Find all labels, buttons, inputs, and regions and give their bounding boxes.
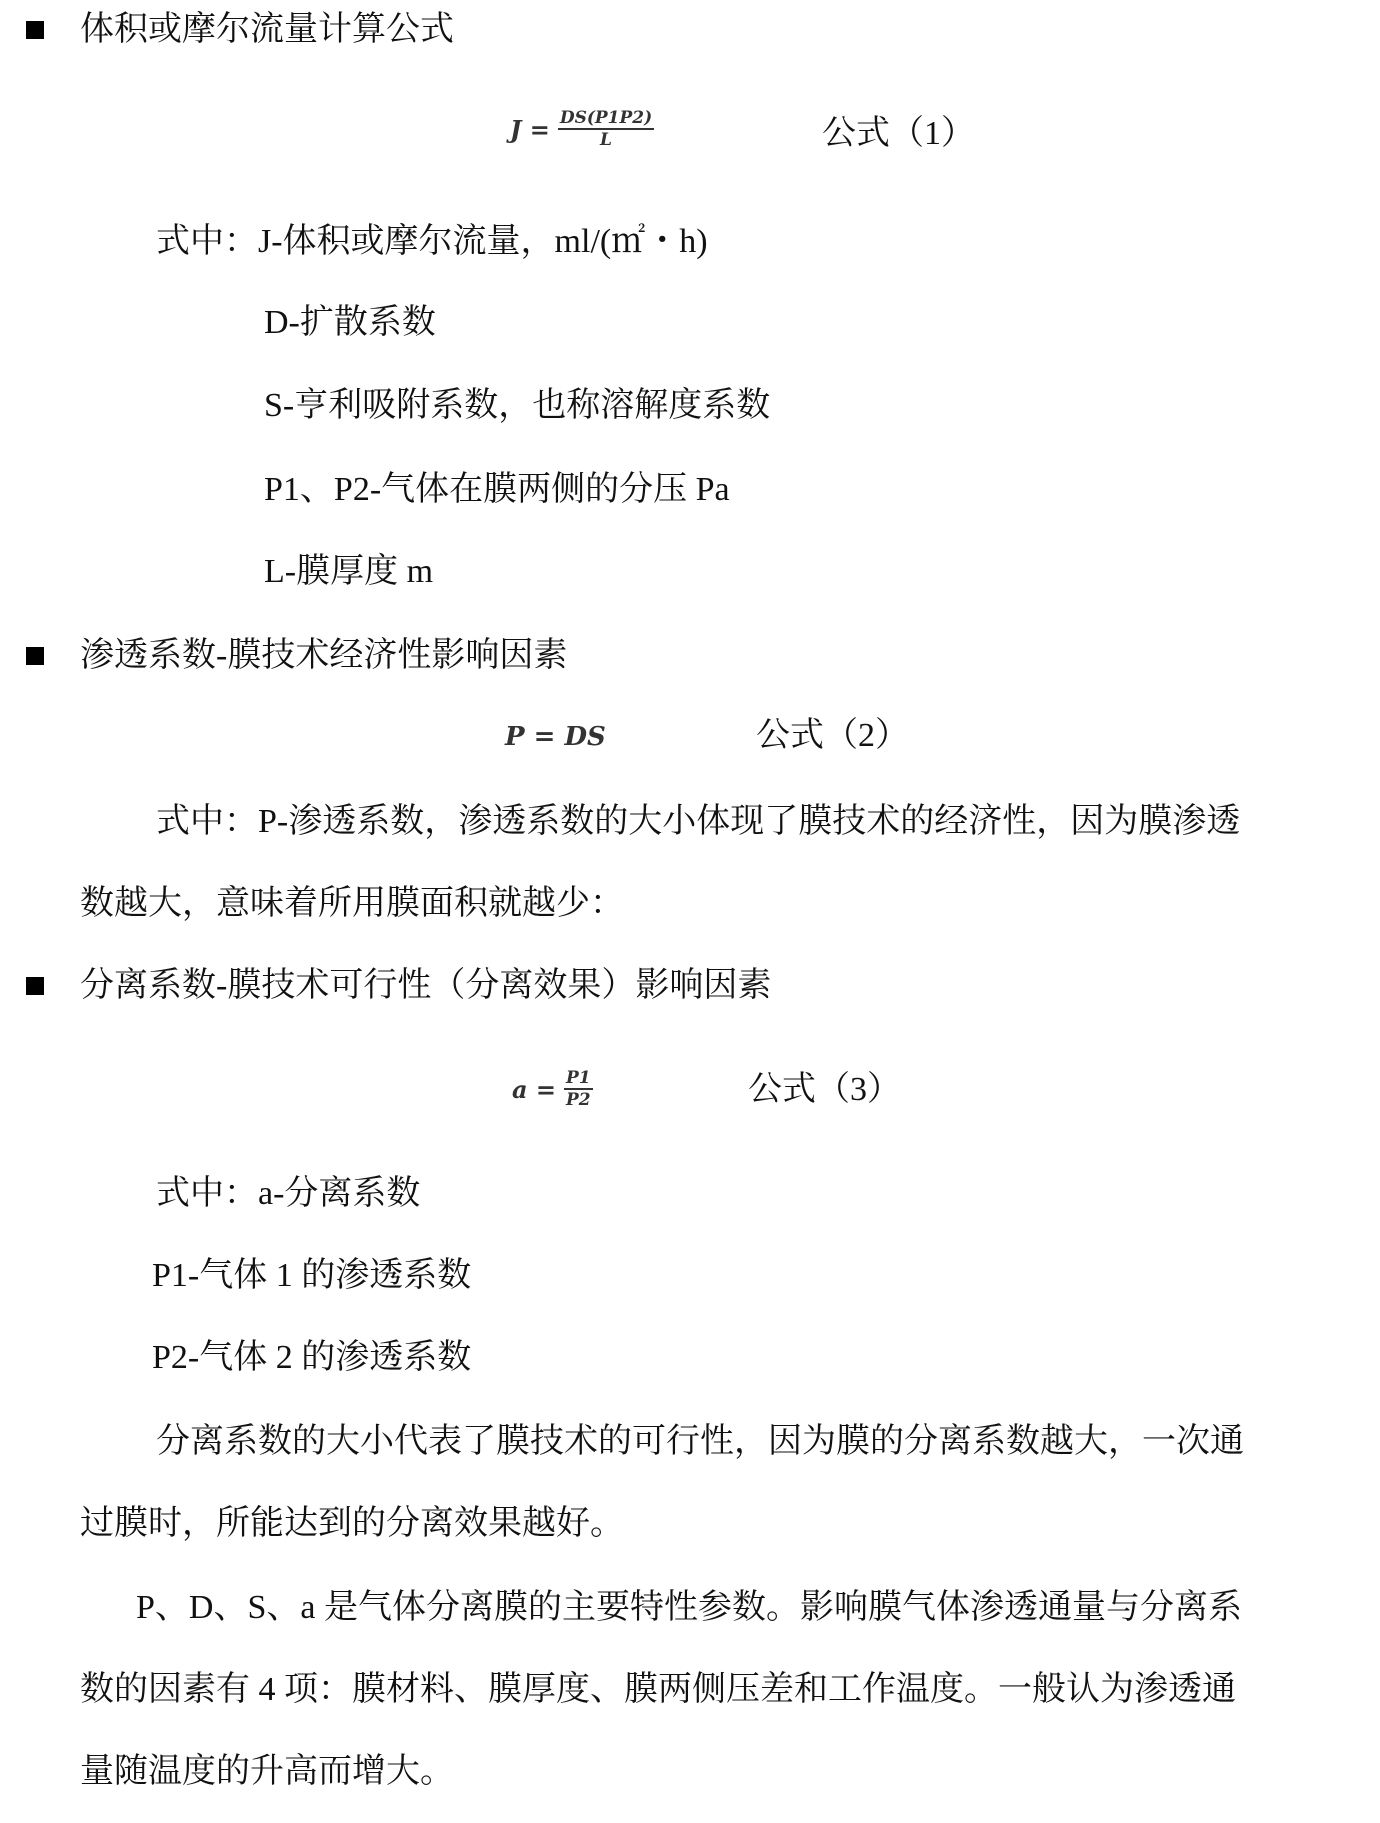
section-heading-flux: 体积或摩尔流量计算公式 <box>26 10 454 50</box>
formula-2: P = DS <box>505 722 606 752</box>
square-bullet-icon <box>26 647 44 665</box>
paragraph-line: 式中：P-渗透系数，渗透系数的大小体现了膜技术的经济性，因为膜渗透 <box>156 802 1240 842</box>
closing-line: 数的因素有 4 项：膜材料、膜厚度、膜两侧压差和工作温度。一般认为渗透通 <box>80 1670 1236 1710</box>
formula-3: a = P1 P2 <box>512 1068 593 1110</box>
square-bullet-icon <box>26 977 44 995</box>
fraction: DS(P1P2) L <box>558 108 654 150</box>
numerator: P1 <box>564 1068 593 1088</box>
closing-line: 量随温度的升高而增大。 <box>80 1752 454 1792</box>
where-line: P1-气体 1 的渗透系数 <box>152 1256 471 1296</box>
where-line: L-膜厚度 m <box>264 552 433 592</box>
formula-1-label: 公式（1） <box>822 114 975 154</box>
denominator: L <box>600 130 612 150</box>
where-line: D-扩散系数 <box>264 303 436 343</box>
paragraph-line: 分离系数的大小代表了膜技术的可行性，因为膜的分离系数越大，一次通 <box>156 1422 1244 1462</box>
heading-text: 体积或摩尔流量计算公式 <box>80 10 454 50</box>
formula-expr: P = DS <box>505 722 606 752</box>
where-line: 式中：J-体积或摩尔流量，ml/(㎡・h) <box>156 222 708 262</box>
paragraph-line: 过膜时，所能达到的分离效果越好。 <box>80 1504 624 1544</box>
where-line: P1、P2-气体在膜两侧的分压 Pa <box>264 470 730 510</box>
where-line: S-亨利吸附系数，也称溶解度系数 <box>264 386 770 426</box>
formula-1: J = DS(P1P2) L <box>510 108 654 150</box>
heading-text: 渗透系数-膜技术经济性影响因素 <box>80 636 567 676</box>
section-heading-permeability: 渗透系数-膜技术经济性影响因素 <box>26 636 567 676</box>
closing-line: P、D、S、a 是气体分离膜的主要特性参数。影响膜气体渗透通量与分离系 <box>136 1588 1242 1628</box>
formula-2-label: 公式（2） <box>756 716 909 756</box>
formula-3-label: 公式（3） <box>748 1070 901 1110</box>
denominator: P2 <box>566 1090 591 1110</box>
fraction: P1 P2 <box>564 1068 593 1110</box>
paragraph-line: 数越大，意味着所用膜面积就越少： <box>80 884 624 924</box>
where-line: P2-气体 2 的渗透系数 <box>152 1338 471 1378</box>
heading-text: 分离系数-膜技术可行性（分离效果）影响因素 <box>80 966 771 1006</box>
where-line: 式中：a-分离系数 <box>156 1174 420 1214</box>
formula-lhs: J = <box>510 115 550 144</box>
square-bullet-icon <box>26 21 44 39</box>
formula-lhs: a = <box>512 1075 556 1104</box>
numerator: DS(P1P2) <box>558 108 654 128</box>
section-heading-separation: 分离系数-膜技术可行性（分离效果）影响因素 <box>26 966 771 1006</box>
